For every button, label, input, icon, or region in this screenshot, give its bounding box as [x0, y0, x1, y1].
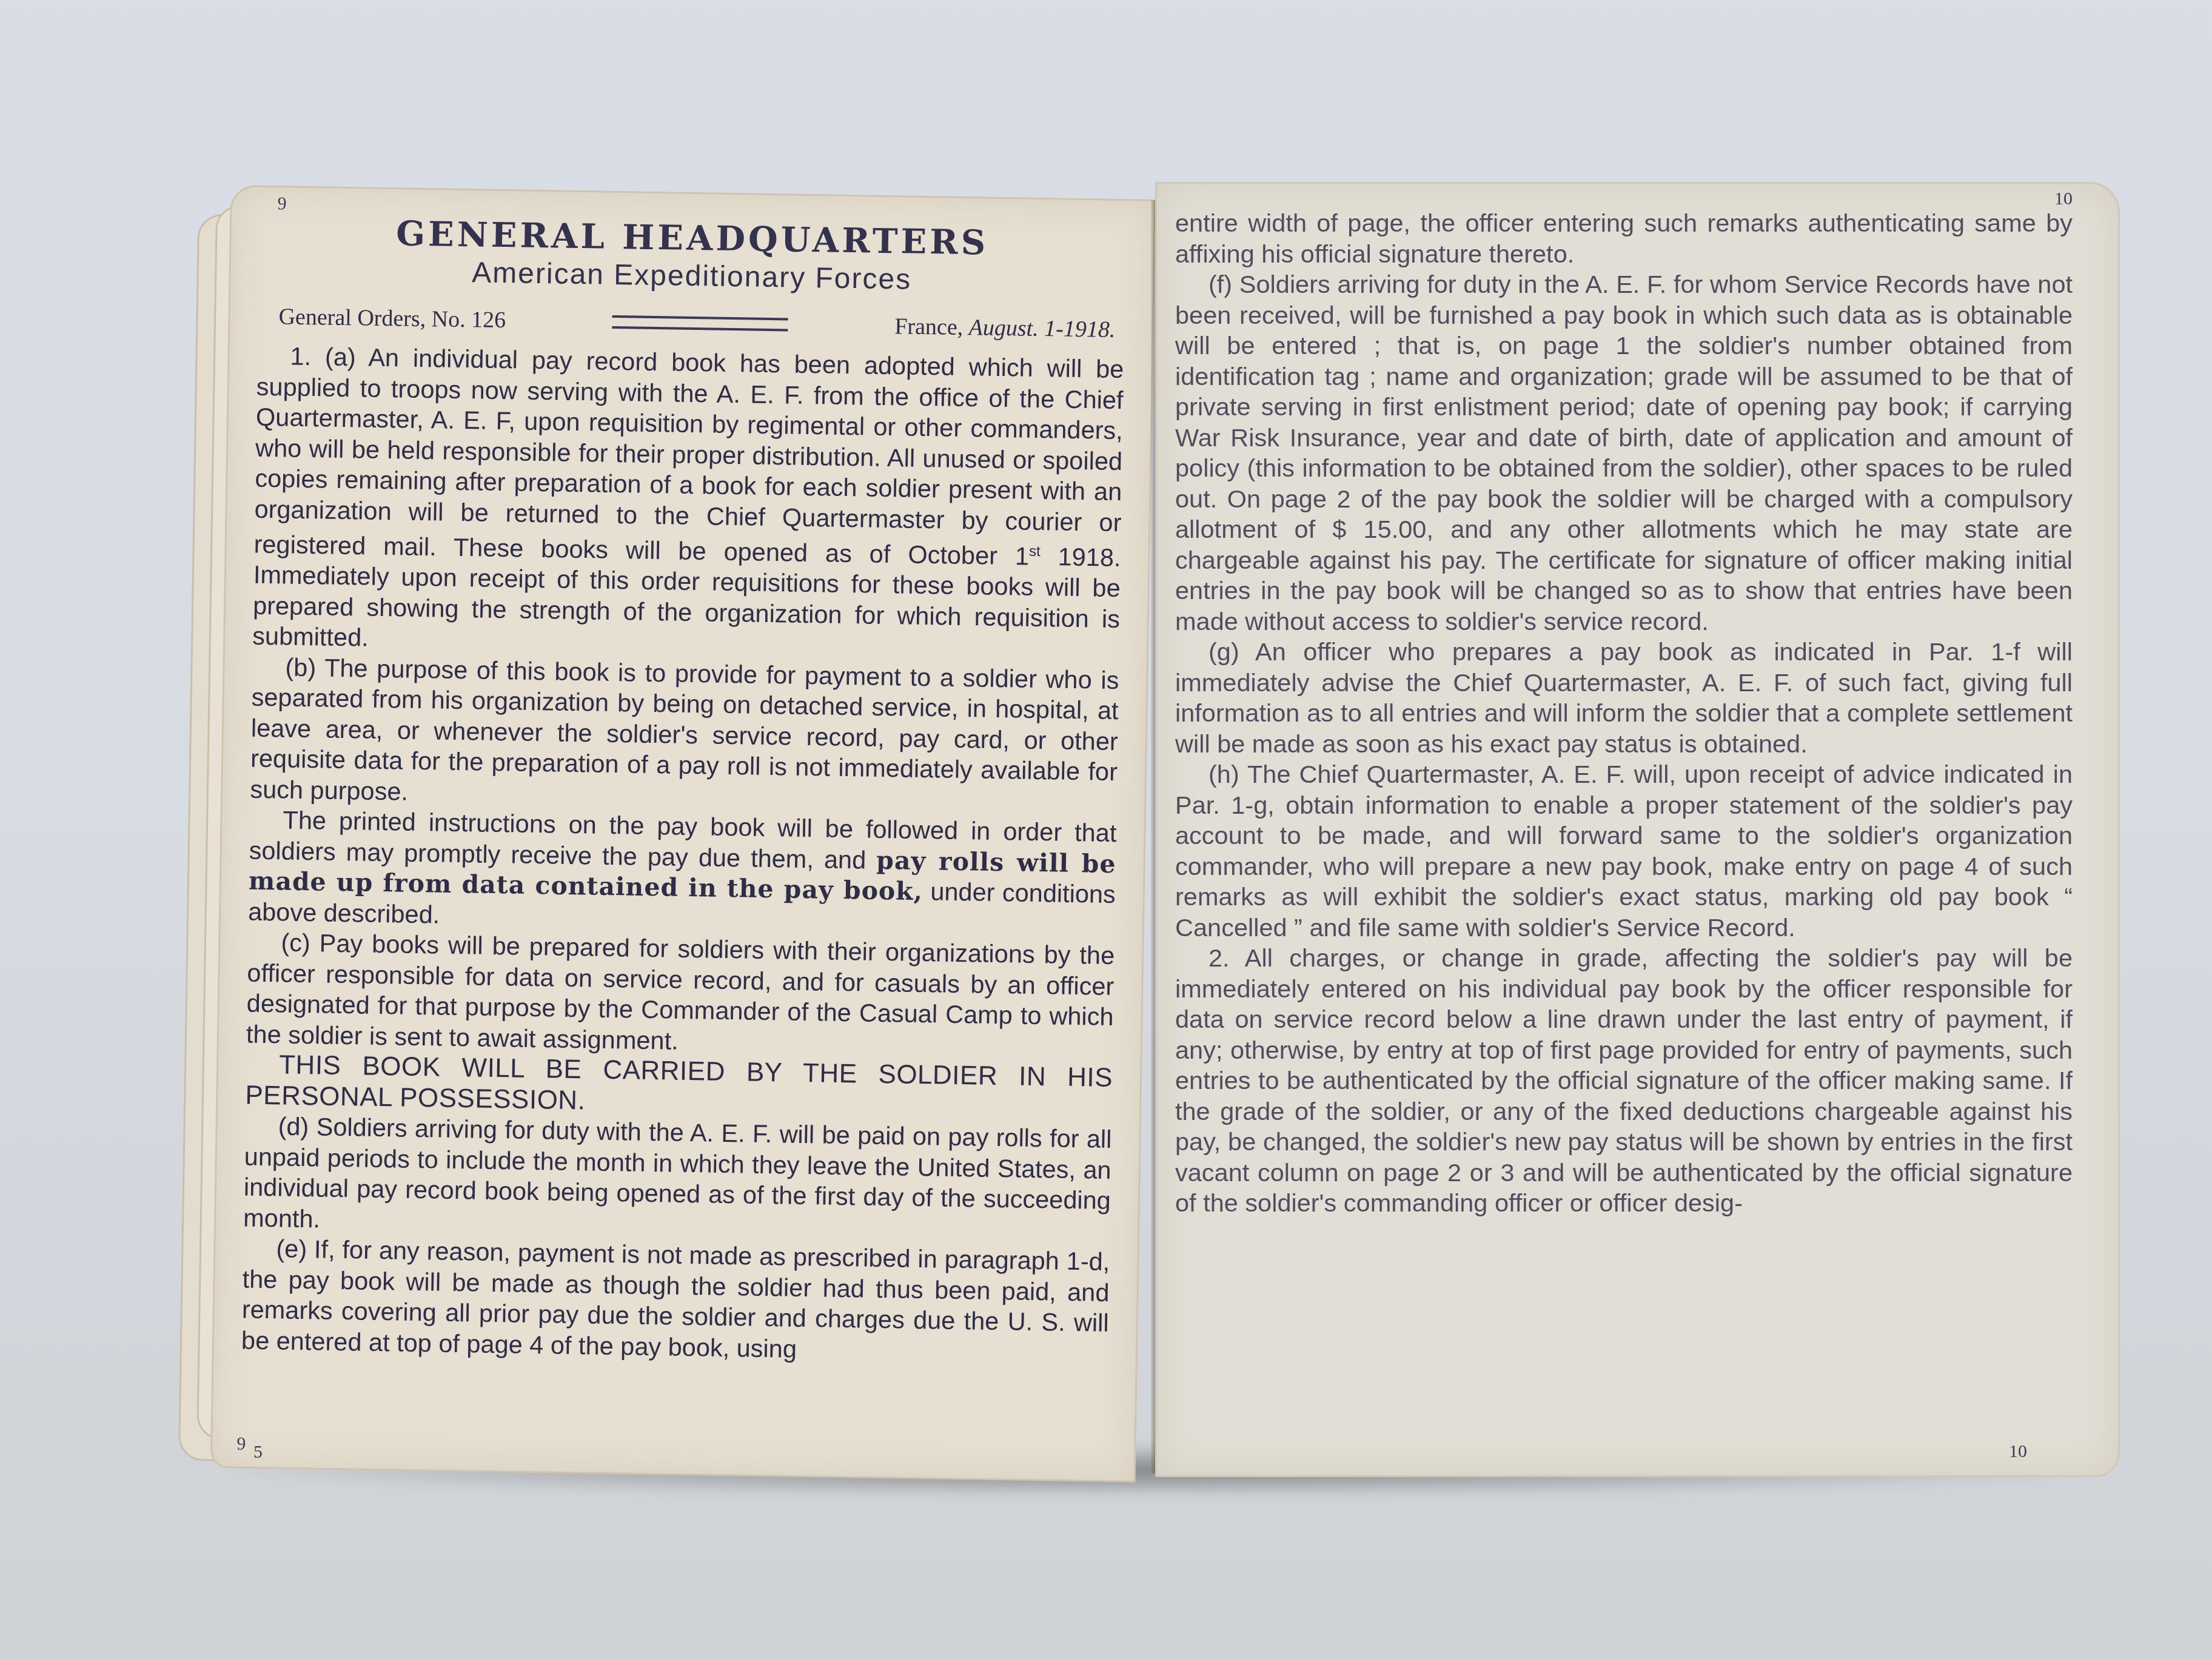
paragraph-1e-continued: entire width of page, the officer enteri… [1175, 208, 2073, 269]
general-orders-number: General Orders, No. 126 [278, 303, 506, 333]
paragraph-2: 2. All charges, or change in grade, affe… [1175, 943, 2073, 1219]
double-rule-divider [612, 315, 788, 332]
ordinal-suffix: st [1029, 543, 1041, 560]
order-date-value: August. 1-1918. [968, 315, 1115, 343]
paragraph-1f: (f) Soldiers arriving for duty in the A.… [1175, 269, 2073, 637]
paragraph-1d: (d) Soldiers arriving for duty with the … [243, 1111, 1112, 1247]
left-page: 9 GENERAL HEADQUARTERS American Expediti… [210, 185, 1156, 1483]
paragraph-1a: 1. (a) An individual pay record book has… [252, 341, 1124, 665]
page-number-bottom-right: 10 [2009, 1441, 2027, 1462]
paragraph-1g: (g) An officer who prepares a pay book a… [1175, 637, 2073, 759]
paragraph-1e: (e) If, for any reason, payment is not m… [241, 1233, 1110, 1369]
order-place: France, [894, 313, 964, 340]
right-page: 10 entire width of page, the officer ent… [1155, 182, 2120, 1477]
page-number-bottom-left: 9 [236, 1433, 246, 1454]
left-page-body: 1. (a) An individual pay record book has… [241, 341, 1124, 1370]
paragraph-1b-instructions: The printed instructions on the pay book… [248, 805, 1117, 940]
page-number-top-right: 10 [2054, 189, 2073, 209]
paragraph-1h: (h) The Chief Quartermaster, A. E. F. wi… [1175, 759, 2073, 943]
orders-line: General Orders, No. 126 France, August. … [278, 303, 1116, 343]
order-date: France, August. 1-1918. [894, 313, 1116, 343]
underlying-page-number: 5 [253, 1442, 263, 1463]
paragraph-1b: (b) The purpose of this book is to provi… [250, 651, 1119, 818]
paragraph-1a-text: 1. (a) An individual pay record book has… [253, 342, 1124, 571]
page-number-top-left: 9 [277, 193, 287, 214]
paragraph-1c: (c) Pay books will be prepared for soldi… [246, 927, 1115, 1063]
right-page-body: entire width of page, the officer enteri… [1175, 208, 2073, 1219]
